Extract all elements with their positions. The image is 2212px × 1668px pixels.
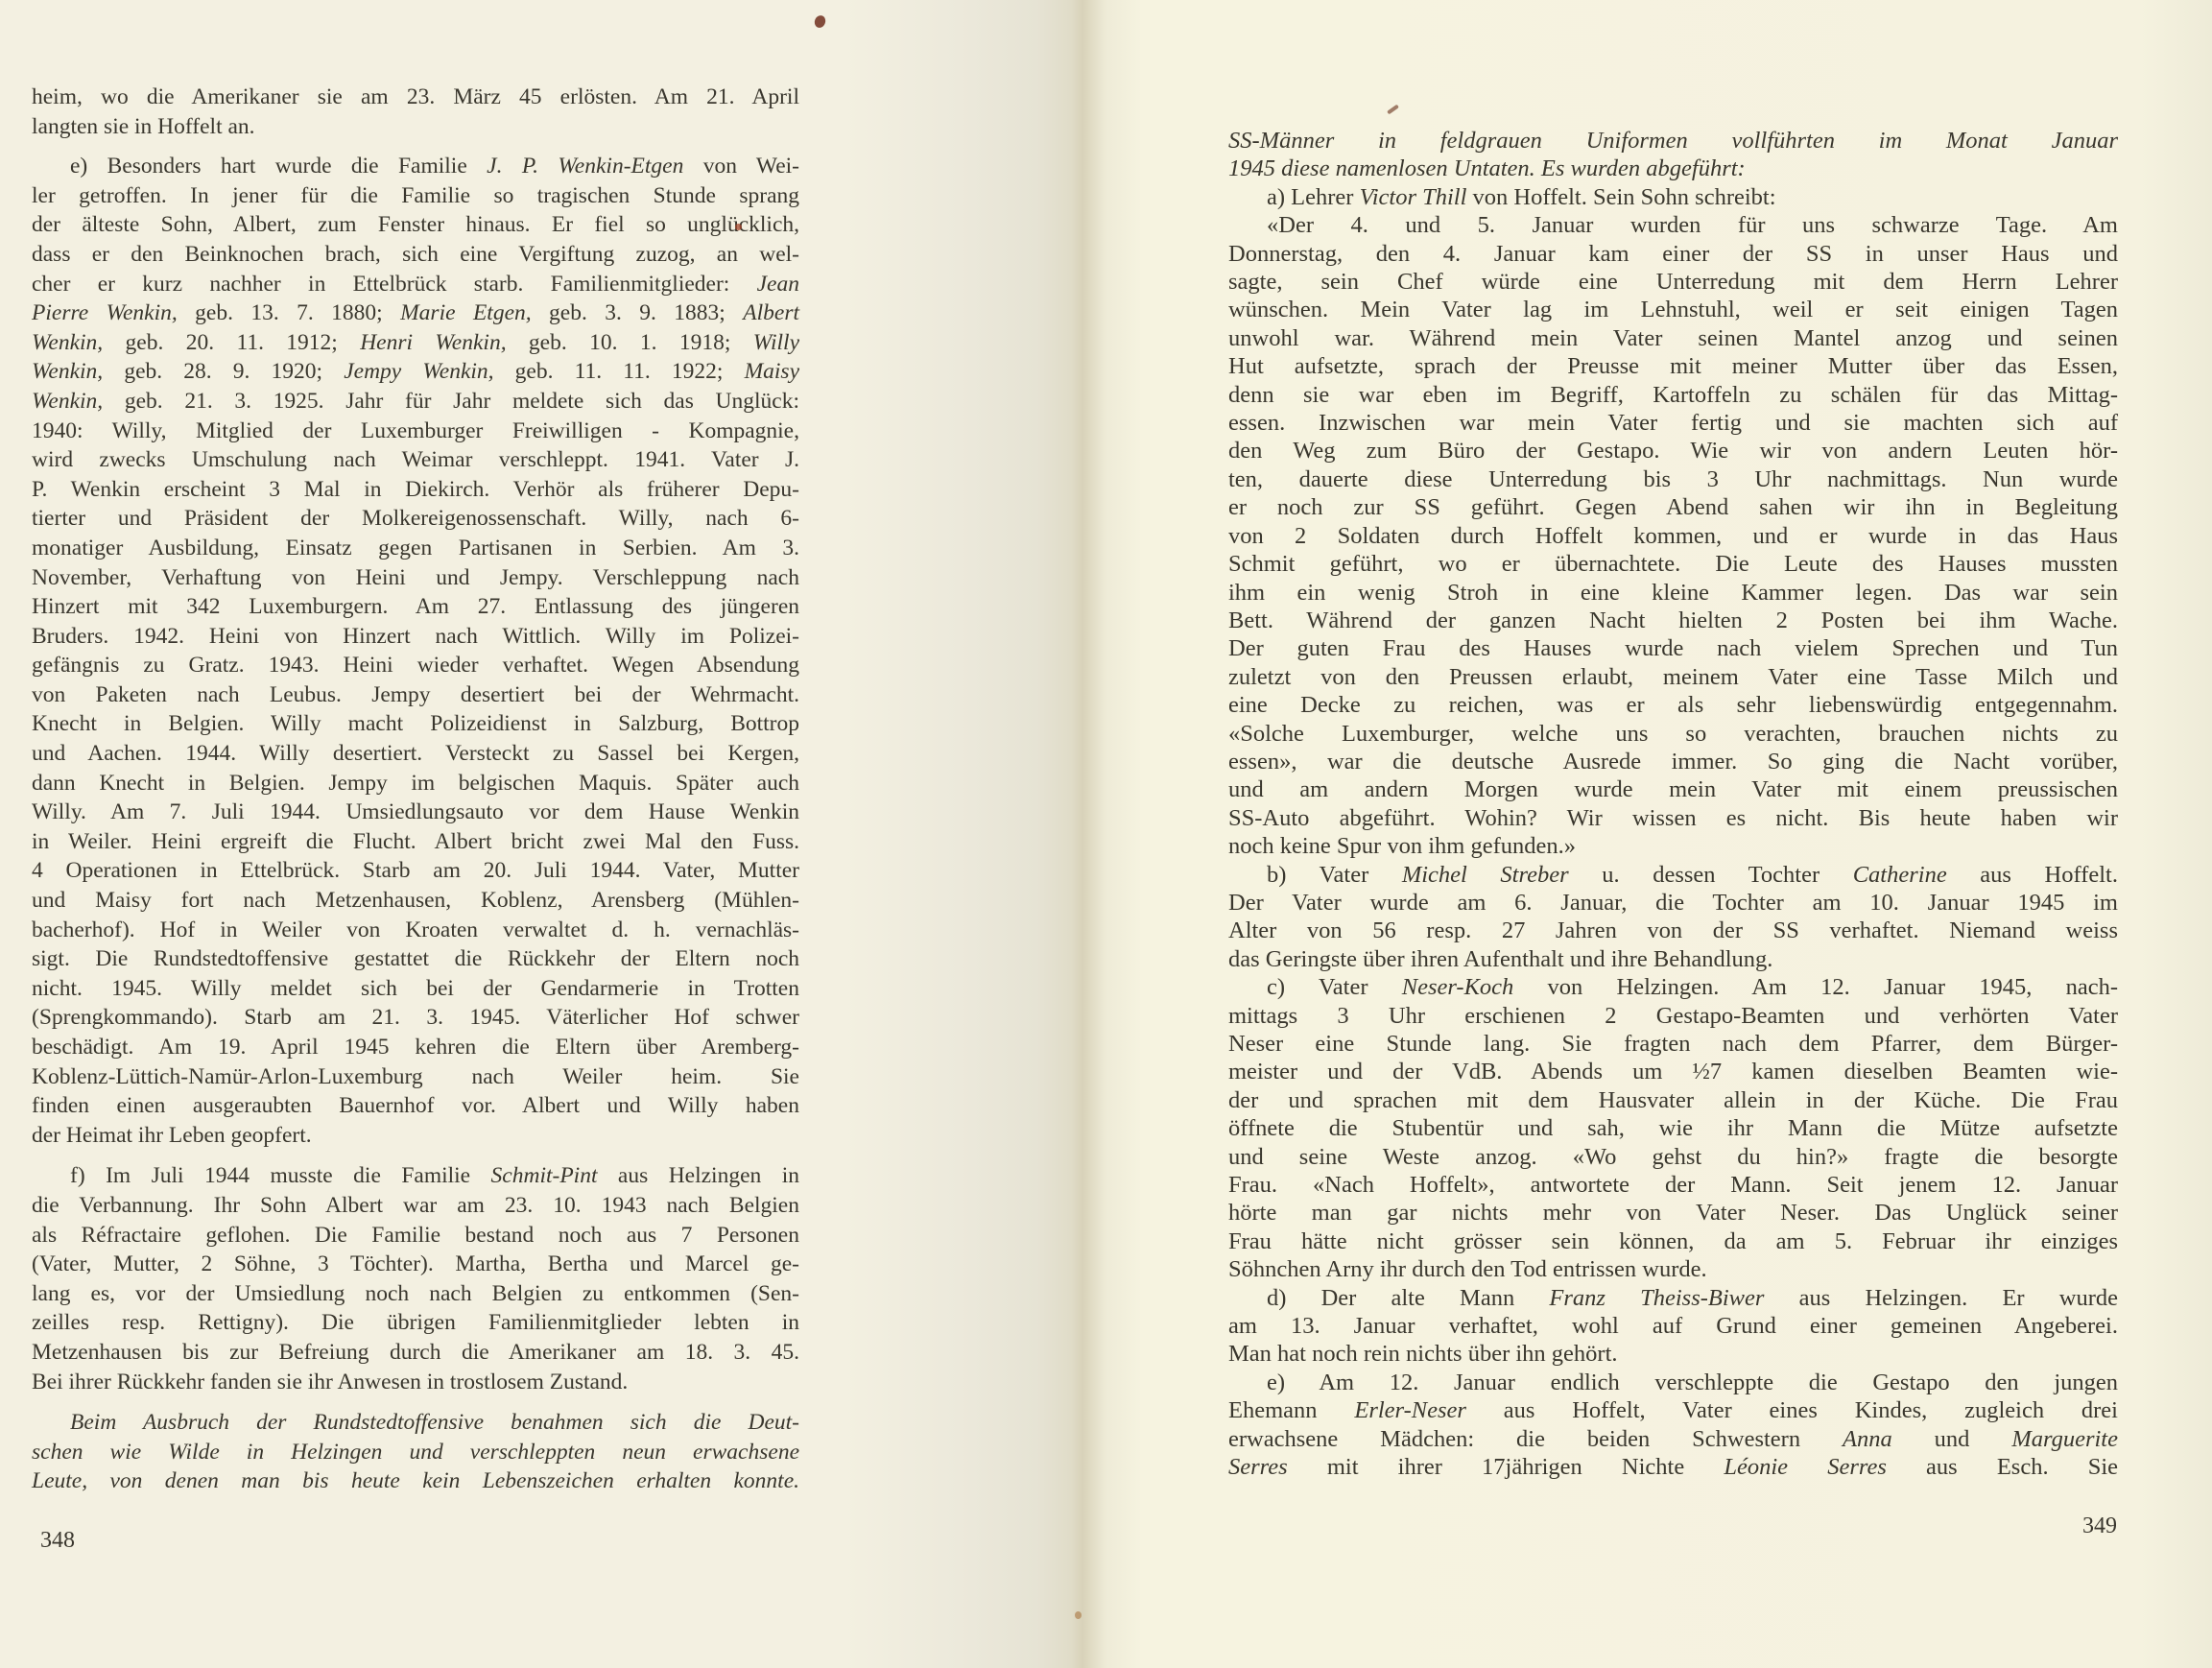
text-line: tierter und Präsident der Molkereigenoss… [32,504,799,534]
paragraph: «Der 4. und 5. Januar wurden für uns sch… [1228,211,2118,860]
text-line: Serres mit ihrer 17jährigen Nichte Léoni… [1228,1453,2118,1481]
text-line: SS-Auto abgeführt. Wohin? Wir wissen es … [1228,804,2118,832]
text-line: b) Vater Michel Streber u. dessen Tochte… [1228,861,2118,889]
text-line: von 2 Soldaten durch Hoffelt kommen, und… [1228,522,2118,550]
text-line: finden einen ausgeraubten Bauernhof vor.… [32,1091,799,1121]
left-page-text-block: heim, wo die Amerikaner sie am 23. März … [32,83,799,1496]
text-line: essen. Inzwischen war mein Vater fertig … [1228,409,2118,437]
text-line: und am andern Morgen wurde mein Vater mi… [1228,775,2118,803]
text-line: hörte man gar nichts mehr von Vater Nese… [1228,1199,2118,1227]
text-line: mittags 3 Uhr erschienen 2 Gestapo-Beamt… [1228,1002,2118,1030]
text-line: sigt. Die Rundstedtoffensive gestattet d… [32,944,799,974]
text-line: Söhnchen Arny ihr durch den Tod entrisse… [1228,1255,2118,1283]
text-line: in Weiler. Heini ergreift die Flucht. Al… [32,827,799,857]
page-number-right: 349 [2082,1513,2117,1539]
text-line: schen wie Wilde in Helzingen und verschl… [32,1438,799,1467]
text-line: 1945 diese namenlosen Untaten. Es wurden… [1228,155,2118,182]
text-line: eine Decke zu reichen, was er als sehr l… [1228,691,2118,719]
text-line: P. Wenkin erscheint 3 Mal in Diekirch. V… [32,475,799,505]
text-line: sagte, sein Chef würde eine Unterredung … [1228,268,2118,296]
text-line: Willy. Am 7. Juli 1944. Umsiedlungsauto … [32,798,799,827]
paper-speck [735,224,742,230]
text-line: Knecht in Belgien. Willy macht Polizeidi… [32,709,799,739]
text-line: das Geringste über ihren Aufenthalt und … [1228,945,2118,973]
text-line: ler getroffen. In jener für die Familie … [32,181,799,211]
text-line: und seine Weste anzog. «Wo gehst du hin?… [1228,1143,2118,1171]
text-line: Ehemann Erler-Neser aus Hoffelt, Vater e… [1228,1396,2118,1424]
text-line: Man hat noch rein nichts über ihn gehört… [1228,1340,2118,1368]
text-line: die Verbannung. Ihr Sohn Albert war am 2… [32,1191,799,1221]
text-line: meister und der VdB. Abends um ½7 kamen … [1228,1058,2118,1085]
text-line: am 13. Januar verhaftet, wohl auf Grund … [1228,1312,2118,1340]
text-line: c) Vater Neser-Koch von Helzingen. Am 12… [1228,973,2118,1001]
text-line: Bruders. 1942. Heini von Hinzert nach Wi… [32,622,799,652]
text-line: dann Knecht in Belgien. Jempy im belgisc… [32,769,799,798]
text-line: Metzenhausen bis zur Befreiung durch die… [32,1338,799,1368]
text-line: als Réfractaire geflohen. Die Familie be… [32,1221,799,1251]
text-line: «Der 4. und 5. Januar wurden für uns sch… [1228,211,2118,239]
text-line: erwachsene Mädchen: die beiden Schwester… [1228,1425,2118,1453]
text-line: heim, wo die Amerikaner sie am 23. März … [32,83,799,112]
text-line: «Solche Luxemburger, welche uns so verac… [1228,720,2118,748]
text-line: Koblenz-Lüttich-Namür-Arlon-Luxemburg na… [32,1062,799,1092]
text-line: Der guten Frau des Hauses wurde nach vie… [1228,634,2118,662]
text-line: cher er kurz nachher in Ettelbrück starb… [32,270,799,299]
text-line: Bei ihrer Rückkehr fanden sie ihr Anwese… [32,1368,799,1397]
text-line: wünschen. Mein Vater lag im Lehnstuhl, w… [1228,296,2118,323]
paper-speck [1075,1611,1082,1619]
text-line: November, Verhaftung von Heini und Jempy… [32,563,799,593]
paragraph: f) Im Juli 1944 musste die Familie Schmi… [32,1161,799,1396]
text-line: essen», war die deutsche Ausrede immer. … [1228,748,2118,775]
paragraph: heim, wo die Amerikaner sie am 23. März … [32,83,799,141]
text-line: f) Im Juli 1944 musste die Familie Schmi… [32,1161,799,1191]
text-line: noch keine Spur von ihm gefunden.» [1228,832,2118,860]
text-line: Wenkin, geb. 20. 11. 1912; Henri Wenkin,… [32,328,799,358]
text-line: Pierre Wenkin, geb. 13. 7. 1880; Marie E… [32,298,799,328]
paragraph: e) Besonders hart wurde die Familie J. P… [32,152,799,1150]
text-line: Schmit geführt, wo er übernachtete. Die … [1228,550,2118,578]
text-line: Alter von 56 resp. 27 Jahren von der SS … [1228,917,2118,944]
text-line: Bett. Während der ganzen Nacht hielten 2… [1228,607,2118,634]
text-line: Neser eine Stunde lang. Sie fragten nach… [1228,1030,2118,1058]
text-line: Frau hätte nicht grösser sein können, da… [1228,1227,2118,1255]
text-line: und Aachen. 1944. Willy desertiert. Vers… [32,739,799,769]
text-line: Leute, von denen man bis heute kein Lebe… [32,1466,799,1496]
text-line: bacherhof). Hof in Weiler von Kroaten ve… [32,916,799,945]
text-line: unwohl war. Während mein Vater seinen Ma… [1228,324,2118,352]
text-line: der und sprachen mit dem Hausvater allei… [1228,1086,2118,1114]
text-line: nicht. 1945. Willy meldet sich bei der G… [32,974,799,1004]
text-line: e) Am 12. Januar endlich verschleppte di… [1228,1369,2118,1396]
paragraph: c) Vater Neser-Koch von Helzingen. Am 12… [1228,973,2118,1283]
paragraph: d) Der alte Mann Franz Theiss-Biwer aus … [1228,1284,2118,1369]
text-line: Hinzert mit 342 Luxemburgern. Am 27. Ent… [32,592,799,622]
text-line: 1940: Willy, Mitglied der Luxemburger Fr… [32,417,799,446]
text-line: wird zwecks Umschulung nach Weimar versc… [32,445,799,475]
text-line: beschädigt. Am 19. April 1945 kehren die… [32,1033,799,1062]
text-line: Der Vater wurde am 6. Januar, die Tochte… [1228,889,2118,917]
paragraph: SS-Männer in feldgrauen Uniformen vollfü… [1228,127,2118,183]
text-line: SS-Männer in feldgrauen Uniformen vollfü… [1228,127,2118,155]
text-line: und Maisy fort nach Metzenhausen, Koblen… [32,886,799,916]
text-line: der älteste Sohn, Albert, zum Fenster hi… [32,210,799,240]
text-line: dass er den Beinknochen brach, sich eine… [32,240,799,270]
text-line: monatiger Ausbildung, Einsatz gegen Part… [32,534,799,563]
text-line: denn sie war eben im Begriff, Kartoffeln… [1228,381,2118,409]
paragraph: b) Vater Michel Streber u. dessen Tochte… [1228,861,2118,974]
paper-speck [813,14,827,30]
text-line: (Sprengkommando). Starb am 21. 3. 1945. … [32,1003,799,1033]
text-line: Frau. «Nach Hoffelt», antwortete der Man… [1228,1171,2118,1199]
text-line: (Vater, Mutter, 2 Söhne, 3 Töchter). Mar… [32,1250,799,1279]
text-line: Donnerstag, den 4. Januar kam einer der … [1228,240,2118,268]
text-line: der Heimat ihr Leben geopfert. [32,1121,799,1151]
text-line: von Paketen nach Leubus. Jempy desertier… [32,680,799,710]
text-line: er noch zur SS geführt. Gegen Abend sahe… [1228,493,2118,521]
text-line: Wenkin, geb. 28. 9. 1920; Jempy Wenkin, … [32,357,799,387]
page-number-left: 348 [40,1528,75,1554]
text-line: den Weg zum Büro der Gestapo. Wie wir vo… [1228,437,2118,465]
paper-speck [1387,105,1399,115]
book-spread: { "colors": { "paper": "#f3f0e1", "ink":… [0,0,2212,1668]
text-line: ihm ein wenig Stroh in eine kleine Kamme… [1228,579,2118,607]
text-line: Beim Ausbruch der Rundstedtoffensive ben… [32,1408,799,1438]
text-line: e) Besonders hart wurde die Familie J. P… [32,152,799,181]
text-line: Wenkin, geb. 21. 3. 1925. Jahr für Jahr … [32,387,799,417]
text-line: öffnete die Stubentür und sah, wie ihr M… [1228,1114,2118,1142]
text-line: zeilles resp. Rettigny). Die übrigen Fam… [32,1308,799,1338]
paragraph: e) Am 12. Januar endlich verschleppte di… [1228,1369,2118,1482]
text-line: a) Lehrer Victor Thill von Hoffelt. Sein… [1228,183,2118,211]
paragraph: Beim Ausbruch der Rundstedtoffensive ben… [32,1408,799,1496]
text-line: zuletzt von den Preussen erlaubt, meinem… [1228,663,2118,691]
paragraph: a) Lehrer Victor Thill von Hoffelt. Sein… [1228,183,2118,211]
text-line: Hut aufsetzte, sprach der Preusse mit me… [1228,352,2118,380]
text-line: gefängnis zu Gratz. 1943. Heini wieder v… [32,651,799,680]
right-page-text-block: SS-Männer in feldgrauen Uniformen vollfü… [1228,127,2118,1482]
text-line: langten sie in Hoffelt an. [32,112,799,142]
text-line: d) Der alte Mann Franz Theiss-Biwer aus … [1228,1284,2118,1312]
text-line: 4 Operationen in Ettelbrück. Starb am 20… [32,856,799,886]
text-line: lang es, vor der Umsiedlung noch nach Be… [32,1279,799,1309]
text-line: ten, dauerte diese Unterredung bis 3 Uhr… [1228,465,2118,493]
